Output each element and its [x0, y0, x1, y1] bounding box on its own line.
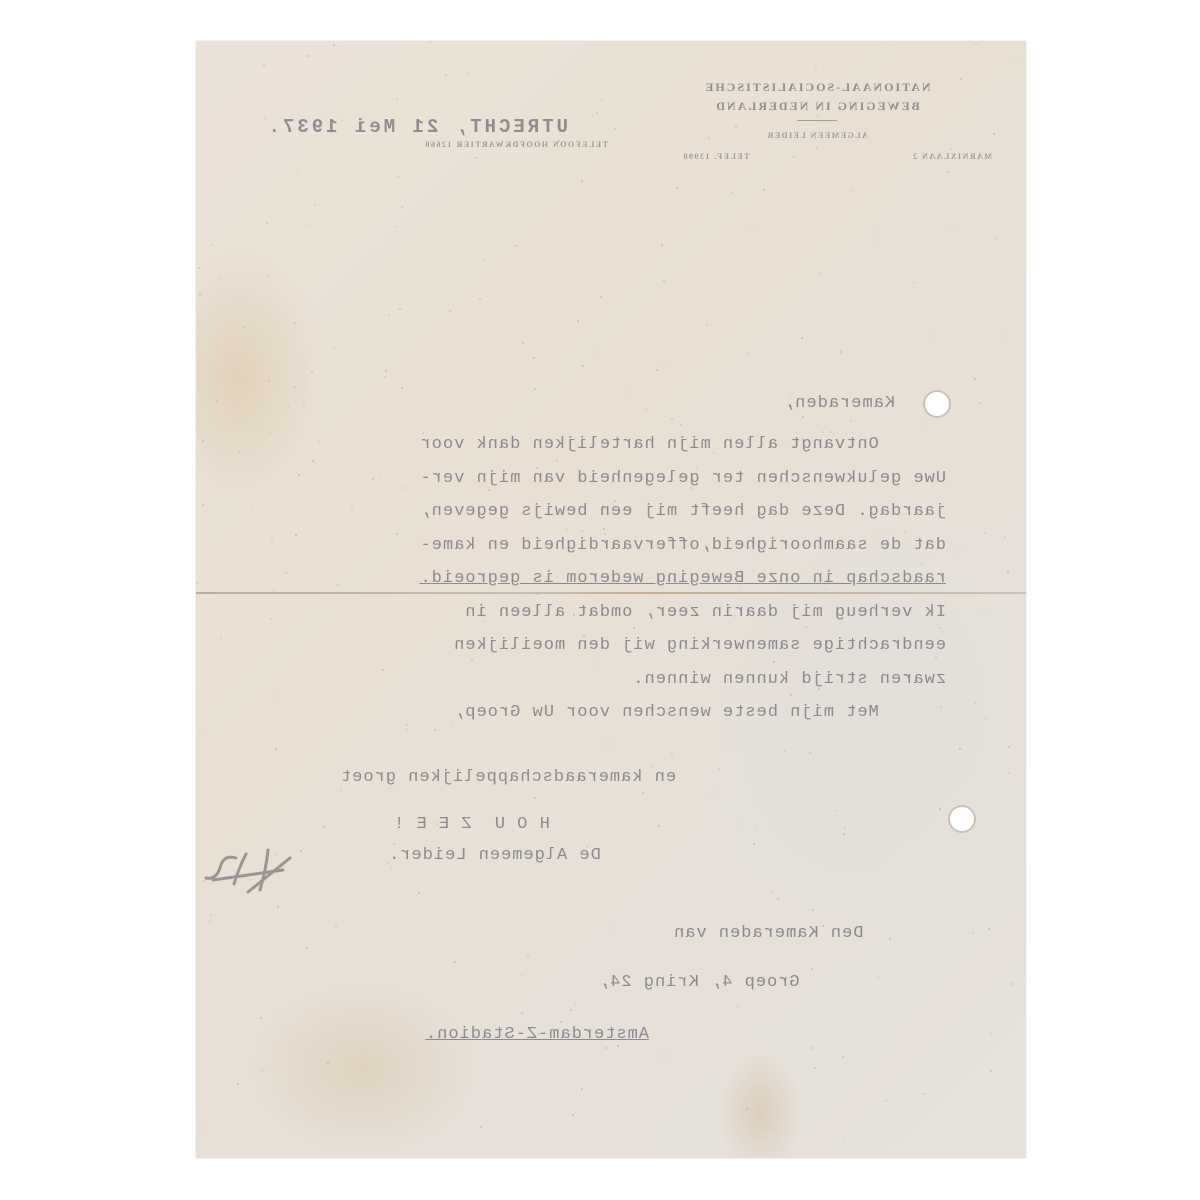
letterhead-contact-row: MARNIXLAAN 2 TELEF. 13990	[642, 152, 992, 161]
recipient-line2: Groep 4, Kring 24,	[598, 973, 800, 992]
body-line: Uwe gelukwenschen ter gelegenheid van mi…	[296, 462, 946, 496]
letter-body: Ontvangt allen mijn hartelijken dank voo…	[296, 428, 946, 730]
recipient-line1: Den Kameraden van	[673, 924, 863, 943]
closing-greeting: en kameraadschappelijken groet	[340, 768, 676, 787]
handwritten-signature-icon	[188, 840, 308, 900]
letterhead-org-line1: NATIONAAL-SOCIALISTISCHE	[642, 80, 992, 95]
body-line: zwaren strijd kunnen winnen.	[296, 663, 946, 697]
letterhead-rule	[797, 120, 837, 121]
letterhead-address: MARNIXLAAN 2	[912, 152, 992, 161]
punch-hole-bottom	[950, 807, 974, 831]
punch-hole-top	[925, 392, 949, 416]
body-line: eendrachtige samenwerking wij den moeili…	[296, 629, 946, 663]
place-date: UTRECHT, 21 Mei 1937.	[228, 116, 608, 138]
letterhead-org-line2: BEWEGING IN NEDERLAND	[642, 99, 992, 114]
body-line: jaardag. Deze dag heeft mij een bewijs g…	[296, 495, 946, 529]
body-line: dat de saamhoorigheid,offervaardigheid e…	[296, 529, 946, 563]
signatory-title: De Algemeen Leider.	[388, 846, 601, 865]
motto: H O U Z E E !	[393, 815, 550, 834]
body-line: raadschap in onze Beweging wederom is ge…	[296, 562, 946, 596]
salutation: Kameraden,	[783, 394, 895, 413]
letterhead-office: ALGEMEEN LEIDER	[642, 131, 992, 140]
body-line: Met mijn beste wenschen voor Uw Groep,	[296, 696, 946, 730]
letterhead-phone: TELEF. 13990	[682, 152, 750, 161]
dateline: UTRECHT, 21 Mei 1937. TELEFOON HOOFDKWAR…	[228, 116, 608, 149]
recipient-line3: Amsterdam-Z-Stadion.	[425, 1025, 649, 1044]
letterhead: NATIONAAL-SOCIALISTISCHE BEWEGING IN NED…	[642, 80, 992, 161]
dateline-phone: TELEFOON HOOFDKWARTIER 12660	[228, 140, 608, 149]
body-line: Ontvangt allen mijn hartelijken dank voo…	[296, 428, 946, 462]
body-line: Ik verheug mij daarin zeer, omdat alleen…	[296, 596, 946, 630]
